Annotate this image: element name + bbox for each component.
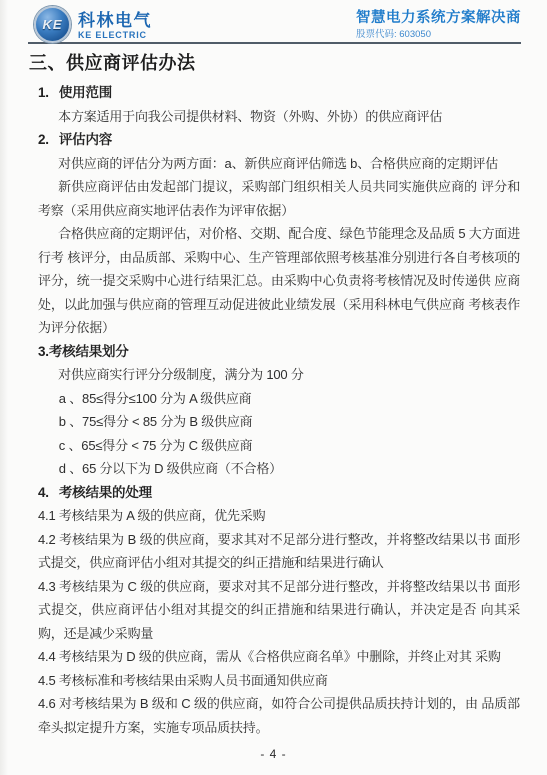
document-body: 三、供应商评估办法 1.使用范围 本方案适用于向我公司提供材料、物资（外购、外协…: [0, 44, 547, 739]
section-title: 考核结果的处理: [59, 481, 152, 505]
company-logo: KE 科林电气 KE ELECTRIC: [34, 6, 152, 43]
paragraph: 新供应商评估由发起部门提议，采购部门组织相关人员共同实施供应商的 评分和考察（采…: [38, 175, 520, 222]
section-title: 使用范围: [59, 81, 112, 105]
document-page: KE 科林电气 KE ELECTRIC 智慧电力系统方案解决商 股票代码: 60…: [0, 0, 547, 775]
numbered-item-4-6: 4.6 对考核结果为 B 级和 C 级的供应商，如符合公司提供品质扶持计划的，由…: [38, 692, 520, 739]
section-number: 4.: [38, 481, 49, 505]
paragraph: 对供应商实行评分分级制度，满分为 100 分: [38, 363, 520, 387]
section-number: 1.: [38, 81, 49, 105]
logo-badge-text: KE: [42, 17, 62, 32]
numbered-item-4-4: 4.4 考核结果为 D 级的供应商，需从《合格供应商名单》中删除，并终止对其 采…: [38, 645, 520, 669]
section-heading-3: 3.考核结果划分: [38, 340, 520, 364]
numbered-item-4-2: 4.2 考核结果为 B 级的供应商，要求其对不足部分进行整改，并将整改结果以书 …: [38, 528, 520, 575]
paragraph: 合格供应商的定期评估，对价格、交期、配合度、绿色节能理念及品质 5 大方面进行考…: [38, 222, 520, 340]
numbered-item-4-5: 4.5 考核标准和考核结果由采购人员书面通知供应商: [38, 669, 520, 693]
numbered-item-4-1: 4.1 考核结果为 A 级的供应商，优先采购: [38, 504, 520, 528]
company-name-cn: 科林电气: [78, 11, 152, 30]
list-item-a: a 、85≤得分≤100 分为 A 级供应商: [38, 387, 520, 411]
paragraph: 对供应商的评估分为两方面：a、新供应商评估筛选 b、合格供应商的定期评估: [38, 152, 520, 176]
list-item-b: b 、75≤得分 < 85 分为 B 级供应商: [38, 410, 520, 434]
section-number: 2.: [38, 128, 49, 152]
company-names: 科林电气 KE ELECTRIC: [78, 9, 152, 41]
ke-logo-icon: KE: [34, 6, 71, 43]
section-heading-2: 2.评估内容: [38, 128, 520, 152]
company-name-en: KE ELECTRIC: [78, 30, 152, 41]
list-item-d: d 、65 分以下为 D 级供应商（不合格）: [38, 457, 520, 481]
header-right: 智慧电力系统方案解决商 股票代码: 603050: [356, 6, 521, 41]
company-slogan: 智慧电力系统方案解决商: [356, 10, 521, 27]
paragraph: 本方案适用于向我公司提供材料、物资（外购、外协）的供应商评估: [38, 105, 520, 129]
page-number: - 4 -: [0, 747, 547, 761]
stock-code: 股票代码: 603050: [356, 28, 521, 41]
numbered-item-4-3: 4.3 考核结果为 C 级的供应商，要求对其不足部分进行整改，并将整改结果以书 …: [38, 575, 520, 646]
document-title: 三、供应商评估办法: [29, 50, 520, 76]
section-heading-1: 1.使用范围: [38, 81, 520, 105]
page-header: KE 科林电气 KE ELECTRIC 智慧电力系统方案解决商 股票代码: 60…: [0, 0, 547, 42]
section-title: 评估内容: [59, 128, 112, 152]
list-item-c: c 、65≤得分 < 75 分为 C 级供应商: [38, 434, 520, 458]
section-heading-4: 4.考核结果的处理: [38, 481, 520, 505]
